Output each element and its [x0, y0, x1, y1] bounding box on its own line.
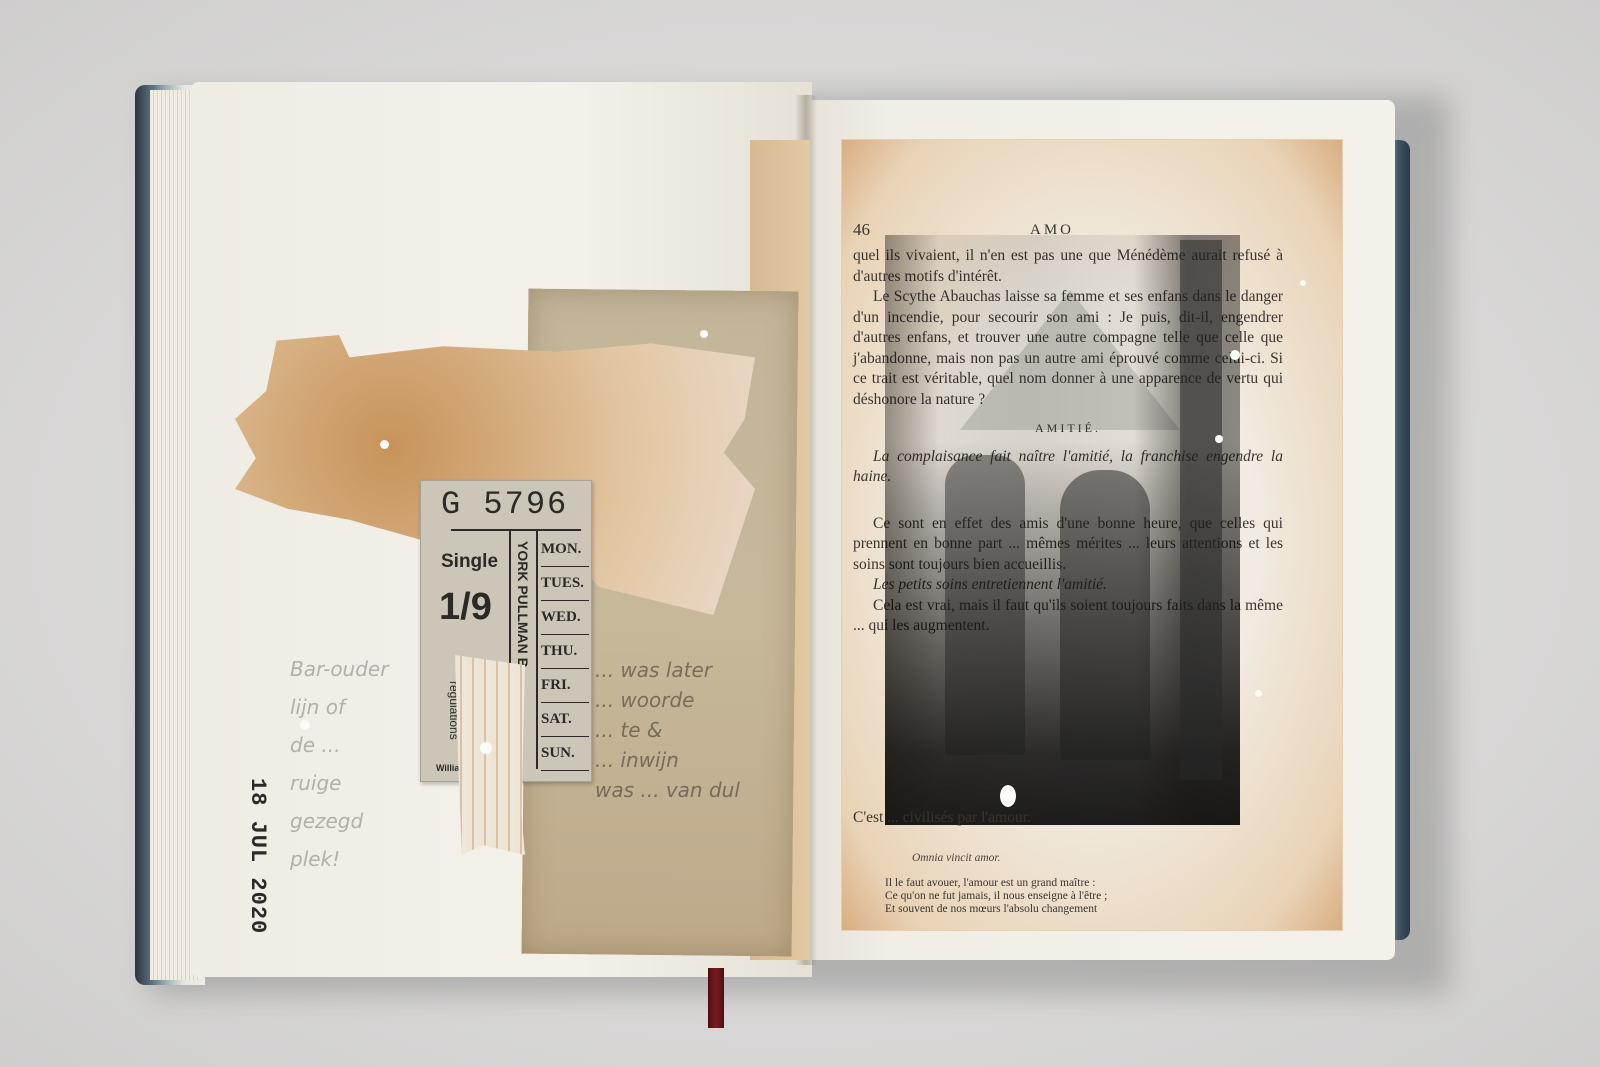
- handwritten-notes-right: ... was later ... woorde ... te & ... in…: [595, 655, 740, 805]
- paint-splatter: [380, 440, 389, 449]
- ticket-day: WED.: [541, 601, 589, 635]
- ticket-day: FRI.: [541, 669, 589, 703]
- handwriting-line: ruige: [290, 764, 388, 802]
- paint-splatter: [480, 742, 492, 754]
- paint-splatter: [1230, 350, 1240, 360]
- photo-figure-woman: [1060, 470, 1150, 760]
- handwriting-line: ... inwijn: [595, 745, 740, 775]
- poem-line: Il le faut avouer, l'amour est un grand …: [885, 877, 1107, 890]
- motto: Omnia vincit amor.: [912, 852, 1000, 864]
- photo-tree-trunk: [1180, 240, 1222, 780]
- handwritten-notes-left: Bar-ouder lijn of de ... ruige gezegd pl…: [290, 650, 388, 878]
- paint-splatter: [1255, 690, 1262, 697]
- ticket-day: SAT.: [541, 703, 589, 737]
- paint-splatter: [1215, 435, 1223, 443]
- ticket-rule: [536, 529, 538, 769]
- bookmark-ribbon: [708, 968, 724, 1028]
- ticket-day: MON.: [541, 533, 589, 567]
- ticket-day: THU.: [541, 635, 589, 669]
- poem-line: Ce qu'on ne fut jamais, il nous enseigne…: [885, 890, 1107, 903]
- ticket-rule: [451, 529, 581, 531]
- date-stamp: 18 JUL 2020: [245, 778, 270, 934]
- handwriting-line: de ...: [290, 726, 388, 764]
- handwriting-line: plek!: [290, 840, 388, 878]
- paint-splatter: [1300, 280, 1306, 286]
- paint-splatter: [1000, 785, 1016, 807]
- ticket-days: MON. TUES. WED. THU. FRI. SAT. SUN.: [541, 533, 589, 771]
- ticket-day: SUN.: [541, 737, 589, 771]
- poem: Il le faut avouer, l'amour est un grand …: [885, 877, 1107, 916]
- handwriting-line: ... te &: [595, 715, 740, 745]
- closing-line: C'est ... civilisés par l'amour.: [853, 808, 1283, 828]
- handwriting-line: Bar-ouder: [290, 650, 388, 688]
- ticket-fare: 1/9: [439, 586, 492, 629]
- ticket-number: G 5796: [441, 486, 568, 523]
- paint-splatter: [700, 330, 708, 338]
- paint-splatter: [300, 720, 310, 730]
- handwriting-line: gezegd: [290, 802, 388, 840]
- handwriting-line: was ... van dul: [595, 775, 740, 805]
- handwriting-line: ... was later: [595, 655, 740, 685]
- poem-line: Et souvent de nos mœurs l'absolu changem…: [885, 903, 1107, 916]
- page-number: 46: [853, 220, 870, 240]
- ticket-day: TUES.: [541, 567, 589, 601]
- handwriting-line: ... woorde: [595, 685, 740, 715]
- photo-figure-man: [945, 455, 1025, 755]
- ticket-company: YORK PULLMAN B: [515, 541, 531, 668]
- fabric-scrap: [455, 655, 525, 855]
- ticket-type: Single: [441, 551, 498, 573]
